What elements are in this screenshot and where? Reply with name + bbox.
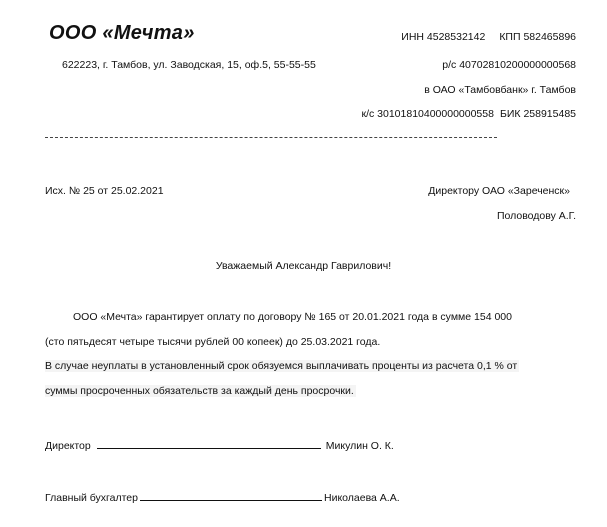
addressee-position: Директору ОАО «Зареченск» (428, 185, 570, 197)
signature-role: Главный бухгалтер (45, 492, 138, 504)
outgoing-number: Исх. № 25 от 25.02.2021 (45, 185, 164, 197)
kpp: КПП 582465896 (499, 31, 576, 43)
company-name: ООО «Мечта» (49, 22, 195, 45)
corr-account-line: к/с 30101810400000000558БИК 258915485 (361, 108, 576, 120)
signature-name: Микулин О. К. (326, 440, 394, 452)
header-divider (45, 137, 497, 138)
body-line: (сто пятьдесят четыре тысячи рублей 00 к… (45, 336, 380, 348)
bank-account: р/с 40702810200000000568 (442, 59, 576, 71)
addressee-name: Половодову А.Г. (497, 210, 576, 222)
body-line: ООО «Мечта» гарантирует оплату по догово… (73, 311, 512, 323)
signature-role: Директор (45, 440, 91, 452)
signature-line (97, 438, 321, 449)
greeting: Уважаемый Александр Гаврилович! (0, 260, 607, 272)
body-line-highlighted: В случае неуплаты в установленный срок о… (45, 360, 519, 372)
signature-director: ДиректорМикулин О. К. (45, 438, 394, 452)
bik: БИК 258915485 (500, 108, 576, 120)
signature-line (140, 490, 322, 501)
corr-account: к/с 30101810400000000558 (361, 108, 493, 120)
tax-ids: ИНН 4528532142КПП 582465896 (401, 31, 576, 43)
signature-name: Николаева А.А. (324, 492, 400, 504)
inn: ИНН 4528532142 (401, 31, 485, 43)
signature-chief-accountant: Главный бухгалтерНиколаева А.А. (45, 490, 400, 504)
bank-name: в ОАО «Тамбовбанк» г. Тамбов (424, 84, 576, 96)
body-line-highlighted: суммы просроченных обязательств за кажды… (45, 385, 356, 397)
company-address: 622223, г. Тамбов, ул. Заводская, 15, оф… (62, 59, 316, 71)
